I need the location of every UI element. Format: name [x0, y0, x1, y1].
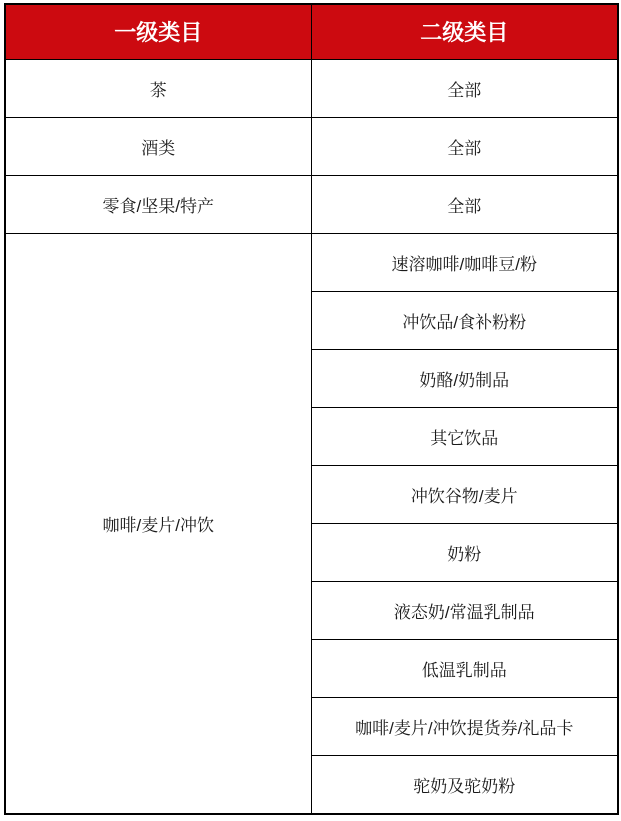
- table-row-alcohol: 酒类 全部: [5, 117, 618, 175]
- table-row-snacks: 零食/坚果/特产 全部: [5, 175, 618, 233]
- table-row-tea: 茶 全部: [5, 59, 618, 117]
- level2-cell-drink-mix: 冲饮品/食补粉粉: [311, 291, 618, 349]
- table-row-coffee-group: 咖啡/麦片/冲饮 速溶咖啡/咖啡豆/粉: [5, 233, 618, 291]
- header-level2-category: 二级类目: [311, 4, 618, 59]
- level2-cell-milk-powder: 奶粉: [311, 524, 618, 582]
- level2-cell-voucher-giftcard: 咖啡/麦片/冲饮提货券/礼品卡: [311, 698, 618, 756]
- table-header-row: 一级类目 二级类目: [5, 4, 618, 59]
- level1-cell-snacks: 零食/坚果/特产: [5, 175, 311, 233]
- level2-cell-cereal: 冲饮谷物/麦片: [311, 465, 618, 523]
- header-level1-category: 一级类目: [5, 4, 311, 59]
- level2-cell-liquid-milk: 液态奶/常温乳制品: [311, 582, 618, 640]
- level2-cell-chilled-dairy: 低温乳制品: [311, 640, 618, 698]
- level2-cell-camel-milk: 驼奶及驼奶粉: [311, 756, 618, 814]
- level2-cell-cheese-dairy: 奶酪/奶制品: [311, 349, 618, 407]
- level2-cell-alcohol-all: 全部: [311, 117, 618, 175]
- level1-cell-coffee-group: 咖啡/麦片/冲饮: [5, 233, 311, 814]
- level2-cell-instant-coffee: 速溶咖啡/咖啡豆/粉: [311, 233, 618, 291]
- level2-cell-other-drinks: 其它饮品: [311, 407, 618, 465]
- level2-cell-snacks-all: 全部: [311, 175, 618, 233]
- level1-cell-alcohol: 酒类: [5, 117, 311, 175]
- level2-cell-tea-all: 全部: [311, 59, 618, 117]
- page: 一级类目 二级类目 茶 全部 酒类 全部 零食/坚果/特产 全部 咖啡/麦片/冲…: [0, 0, 621, 821]
- level1-cell-tea: 茶: [5, 59, 311, 117]
- category-table: 一级类目 二级类目 茶 全部 酒类 全部 零食/坚果/特产 全部 咖啡/麦片/冲…: [4, 3, 619, 815]
